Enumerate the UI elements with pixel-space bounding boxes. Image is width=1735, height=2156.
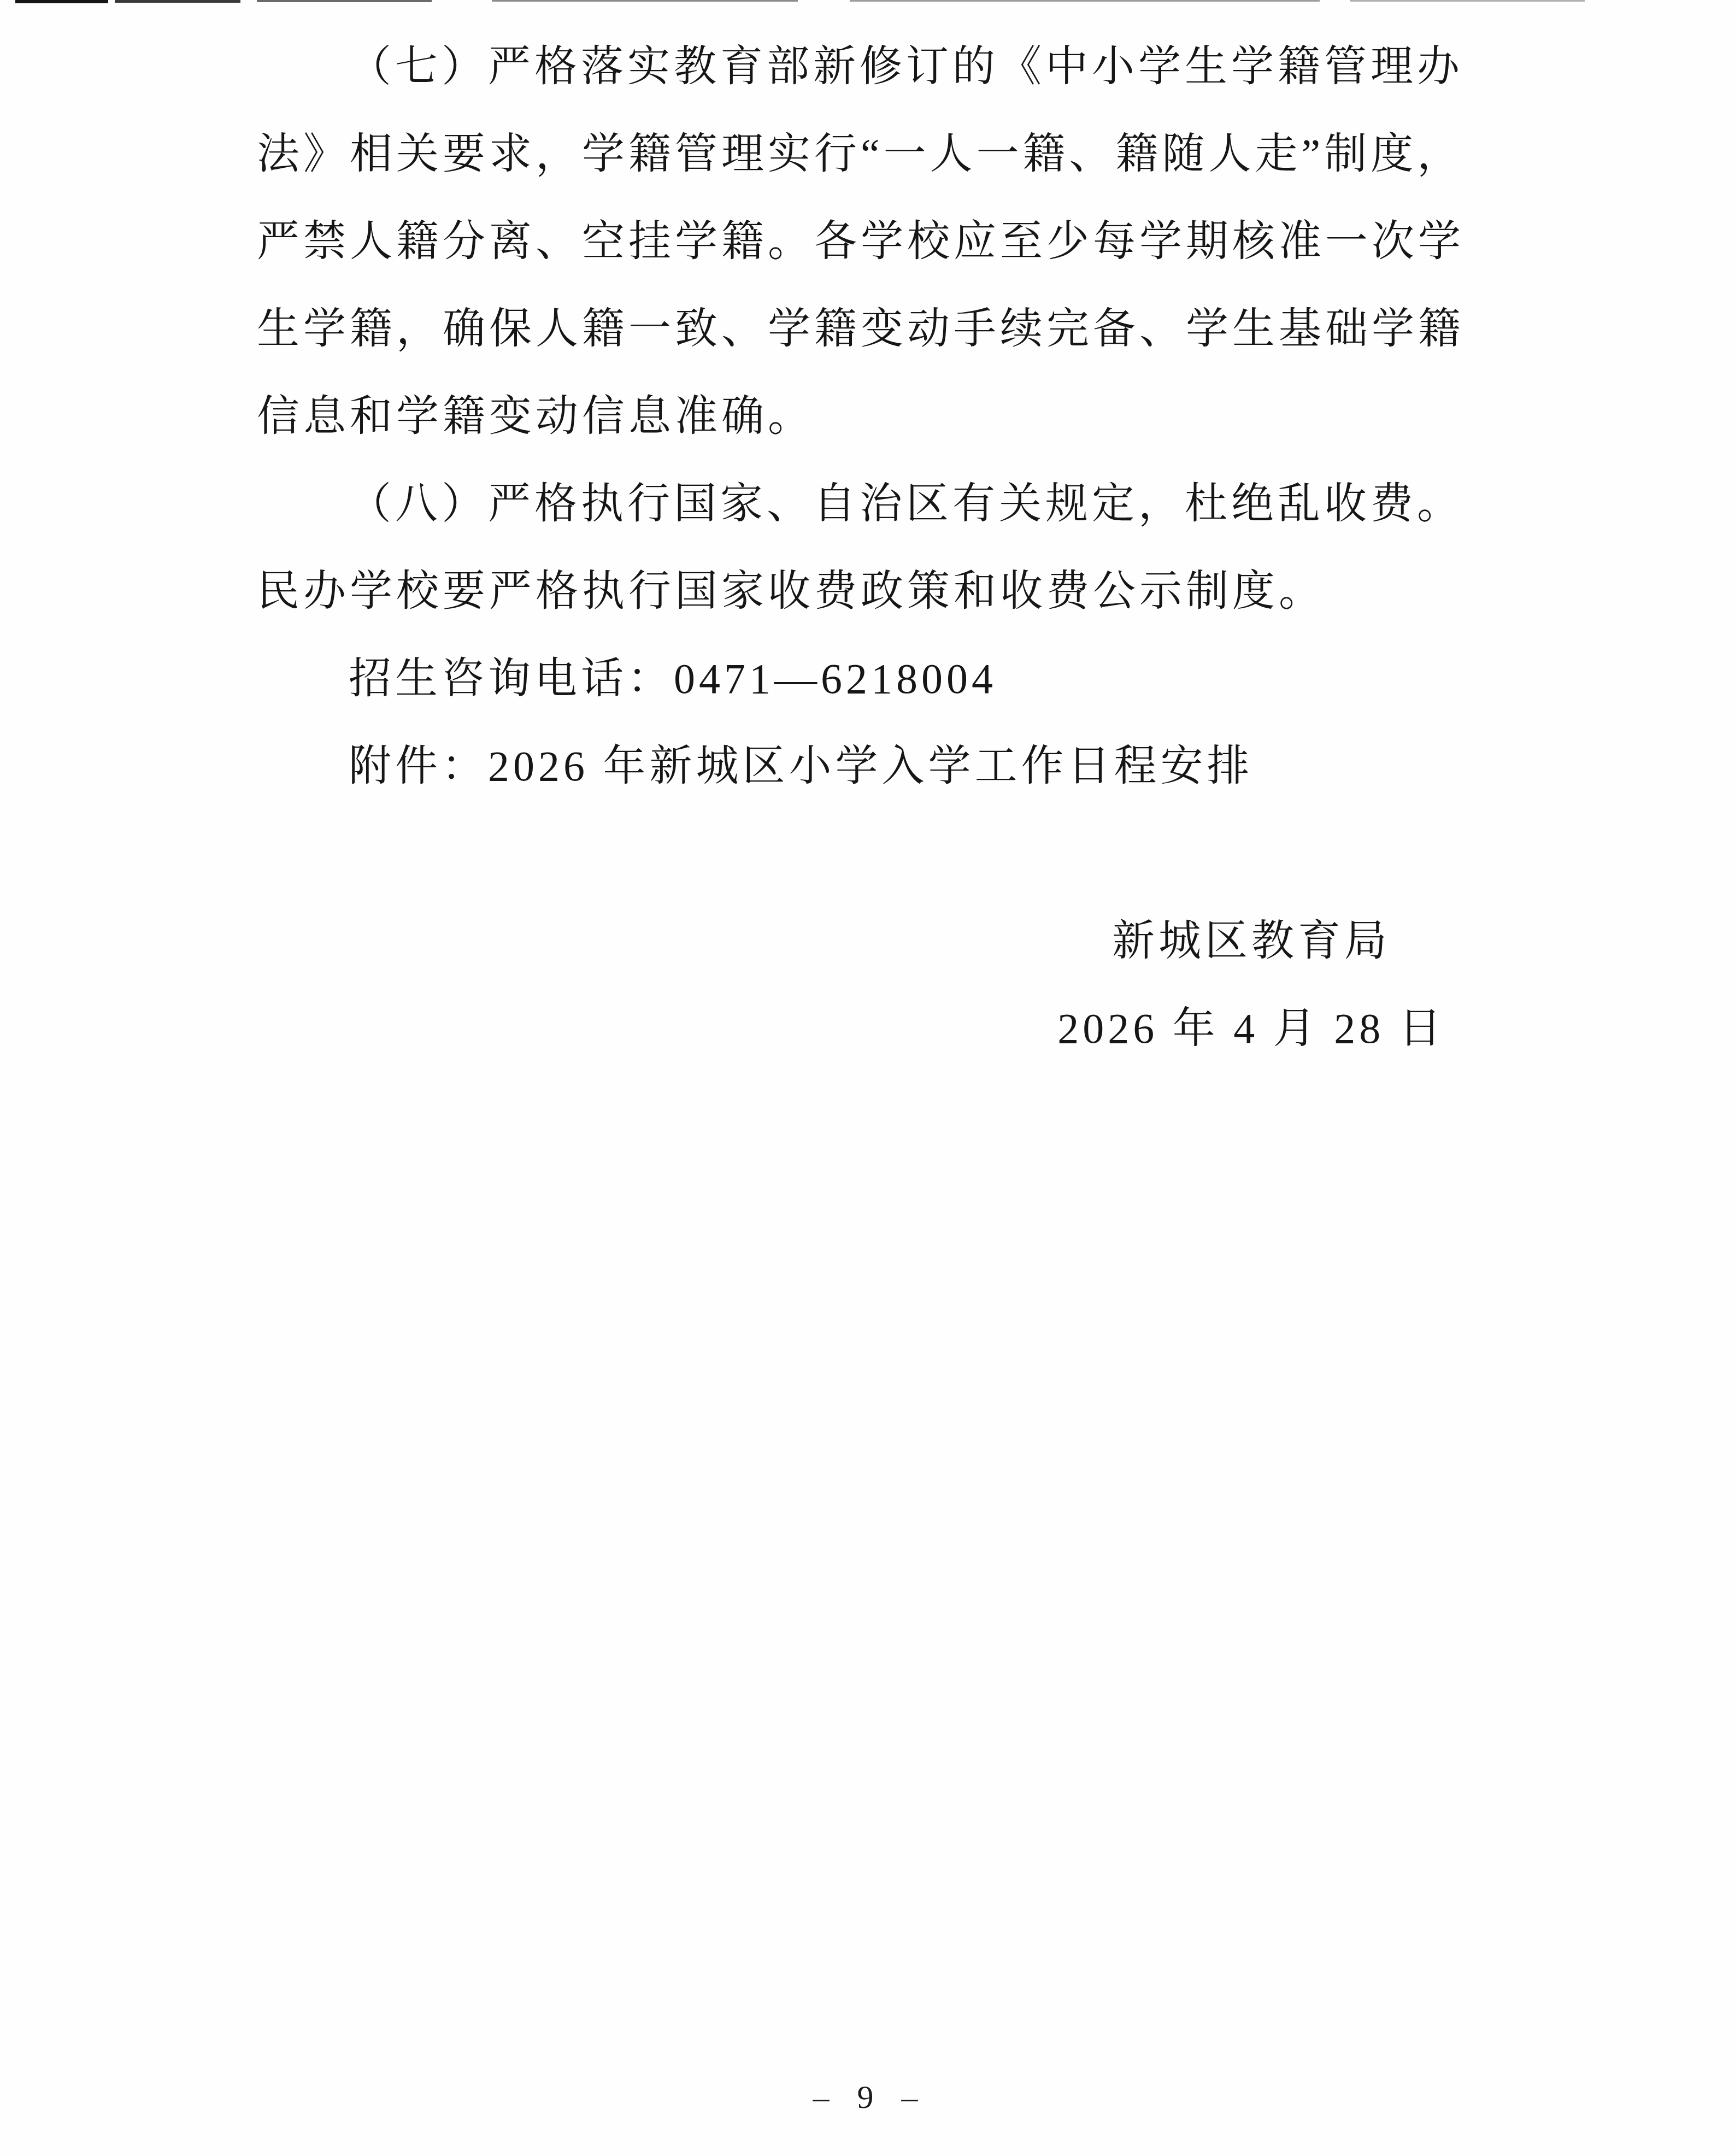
text-line: 信息和学籍变动信息准确。 <box>257 373 1478 460</box>
text-line: （八）严格执行国家、自治区有关规定，杜绝乱收费。 <box>257 460 1478 548</box>
signature-date: 2026 年 4 月 28 日 <box>1049 985 1454 1072</box>
text-line: 生学籍，确保人籍一致、学籍变动手续完备、学生基础学籍 <box>257 285 1478 373</box>
enrollment-phone-line: 招生咨询电话：0471—6218004 <box>257 635 1478 722</box>
scan-artifact-line <box>492 0 798 2</box>
attachment-line: 附件：2026 年新城区小学入学工作日程安排 <box>257 722 1478 810</box>
document-page: （七）严格落实教育部新修订的《中小学生学籍管理办 法》相关要求，学籍管理实行“一… <box>0 0 1735 2156</box>
paragraph-seven: （七）严格落实教育部新修订的《中小学生学籍管理办 法》相关要求，学籍管理实行“一… <box>257 23 1478 460</box>
page-number: – 9 – <box>813 2079 922 2115</box>
text-line: 民办学校要严格执行国家收费政策和收费公示制度。 <box>257 548 1478 635</box>
text-line: 法》相关要求，学籍管理实行“一人一籍、籍随人走”制度， <box>257 110 1478 198</box>
signature-org: 新城区教育局 <box>1049 897 1454 985</box>
text-line: （七）严格落实教育部新修订的《中小学生学籍管理办 <box>257 23 1478 110</box>
scan-artifact-line <box>257 0 432 2</box>
text-line: 招生咨询电话：0471—6218004 <box>257 635 1478 722</box>
scan-artifact-line <box>15 0 108 3</box>
text-line: 严禁人籍分离、空挂学籍。各学校应至少每学期核准一次学 <box>257 198 1478 285</box>
document-body: （七）严格落实教育部新修订的《中小学生学籍管理办 法》相关要求，学籍管理实行“一… <box>257 23 1478 1072</box>
page-footer: – 9 – <box>0 2074 1735 2120</box>
signature-block: 新城区教育局 2026 年 4 月 28 日 <box>1049 897 1454 1072</box>
scan-artifact-line <box>850 0 1320 2</box>
scan-artifact-line <box>115 0 240 3</box>
text-line: 附件：2026 年新城区小学入学工作日程安排 <box>257 722 1478 810</box>
paragraph-eight: （八）严格执行国家、自治区有关规定，杜绝乱收费。 民办学校要严格执行国家收费政策… <box>257 460 1478 635</box>
scan-artifact-line <box>1350 0 1585 2</box>
